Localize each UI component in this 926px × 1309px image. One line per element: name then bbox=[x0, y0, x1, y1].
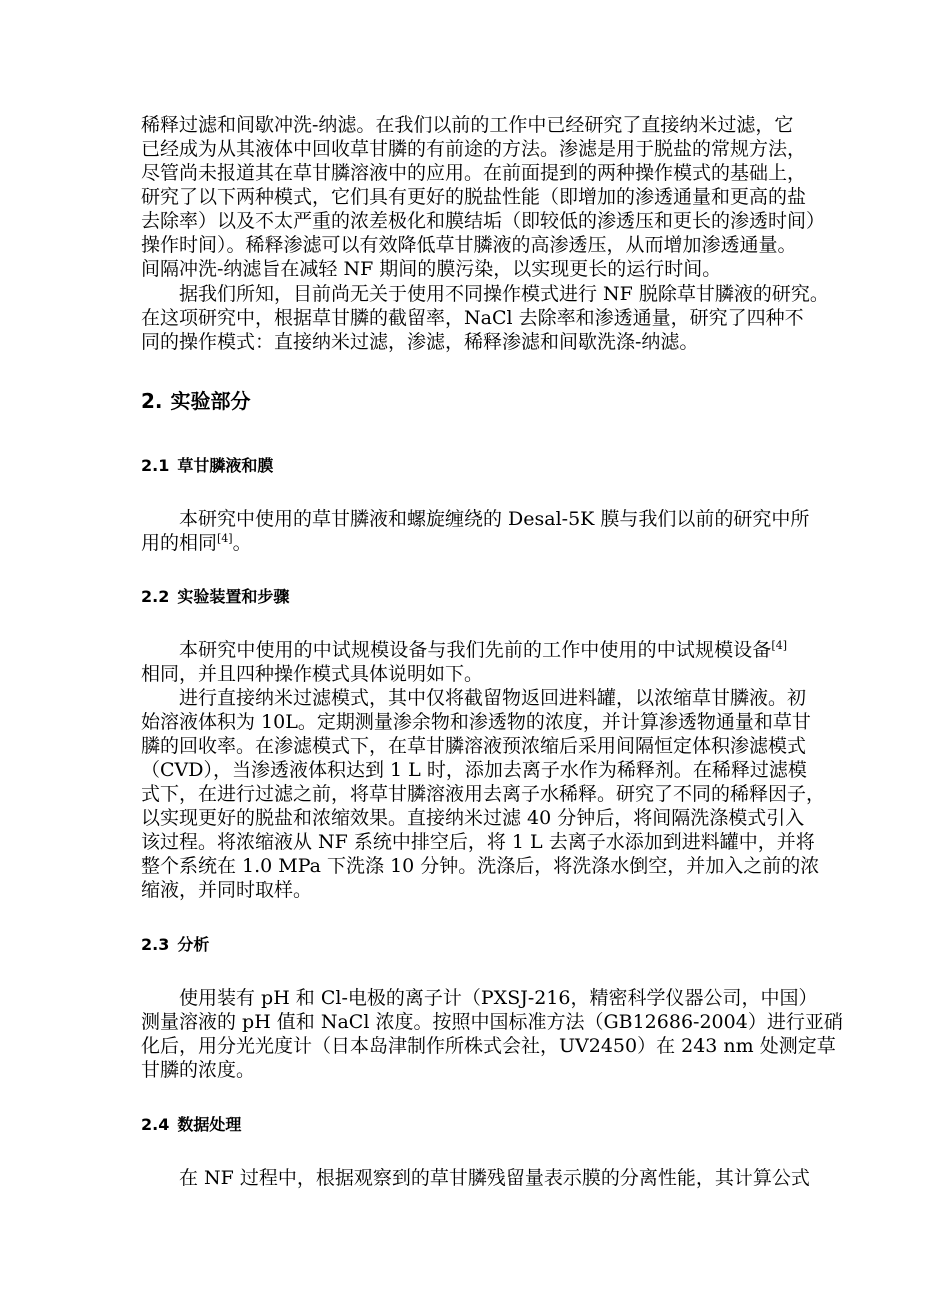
citation: [4] bbox=[217, 532, 233, 545]
text-line: 测量溶液的 pH 值和 NaCl 浓度。按照中国标准方法（GB12686-200… bbox=[141, 1010, 787, 1034]
text-line: 化后，用分光光度计（日本岛津制作所株式会社，UV2450）在 243 nm 处测… bbox=[141, 1034, 787, 1058]
text-fragment: 本研究中使用的中试规模设备与我们先前的工作中使用的中试规模设备 bbox=[179, 639, 771, 661]
subsection-title: 数据处理 bbox=[177, 1115, 241, 1134]
text-line: 缩液，并同时取样。 bbox=[141, 878, 787, 902]
text-line: 操作时间）。稀释渗滤可以有效降低草甘膦液的高渗透压，从而增加渗透通量。 bbox=[141, 233, 787, 257]
text-line: 膦的回收率。在渗滤模式下，在草甘膦溶液预浓缩后采用间隔恒定体积渗滤模式 bbox=[141, 734, 787, 758]
subsection-number: 2.2 bbox=[141, 587, 169, 606]
subsection-heading-2-2: 2.2实验装置和步骤 bbox=[141, 587, 289, 607]
text-line: 始溶液体积为 10L。定期测量渗余物和渗透物的浓度，并计算渗透物通量和草甘 bbox=[141, 710, 787, 734]
text-line: 本研究中使用的草甘膦液和螺旋缠绕的 Desal-5K 膜与我们以前的研究中所 bbox=[179, 507, 787, 531]
subsection-title: 草甘膦液和膜 bbox=[177, 456, 273, 475]
text-fragment: 用的相同 bbox=[141, 532, 217, 554]
subsection-heading-2-1: 2.1草甘膦液和膜 bbox=[141, 456, 273, 476]
text-line: 该过程。将浓缩液从 NF 系统中排空后，将 1 L 去离子水添加到进料罐中，并将 bbox=[141, 830, 787, 854]
subsection-heading-2-3: 2.3分析 bbox=[141, 935, 209, 955]
citation: [4] bbox=[771, 639, 787, 652]
text-line: （CVD），当渗透液体积达到 1 L 时，添加去离子水作为稀释剂。在稀释过滤模 bbox=[141, 758, 787, 782]
section-title: 实验部分 bbox=[171, 389, 251, 413]
document-page: 稀释过滤和间歇冲洗-纳滤。在我们以前的工作中已经研究了直接纳米过滤，它 已经成为… bbox=[0, 0, 926, 1309]
text-line: 式下，在进行过滤之前，将草甘膦溶液用去离子水稀释。研究了不同的稀释因子， bbox=[141, 782, 787, 806]
text-line: 去除率）以及不太严重的浓差极化和膜结垢（即较低的渗透压和更长的渗透时间） bbox=[141, 209, 787, 233]
subsection-title: 分析 bbox=[177, 935, 209, 954]
section-number: 2. bbox=[141, 389, 163, 413]
text-line: 整个系统在 1.0 MPa 下洗涤 10 分钟。洗涤后，将洗涤水倒空，并加入之前… bbox=[141, 854, 787, 878]
text-line: 本研究中使用的中试规模设备与我们先前的工作中使用的中试规模设备[4] bbox=[179, 638, 787, 662]
text-line: 进行直接纳米过滤模式，其中仅将截留物返回进料罐，以浓缩草甘膦液。初 bbox=[179, 686, 787, 710]
subsection-heading-2-4: 2.4数据处理 bbox=[141, 1115, 241, 1135]
text-line: 在 NF 过程中，根据观察到的草甘膦残留量表示膜的分离性能，其计算公式 bbox=[179, 1166, 787, 1190]
subsection-number: 2.4 bbox=[141, 1115, 169, 1134]
text-fragment: 。 bbox=[233, 532, 252, 554]
text-line: 用的相同[4]。 bbox=[141, 531, 787, 555]
text-line: 据我们所知，目前尚无关于使用不同操作模式进行 NF 脱除草甘膦液的研究。 bbox=[179, 282, 787, 306]
text-line: 间隔冲洗-纳滤旨在减轻 NF 期间的膜污染，以实现更长的运行时间。 bbox=[141, 257, 787, 281]
text-line: 使用装有 pH 和 Cl-电极的离子计（PXSJ-216，精密科学仪器公司，中国… bbox=[179, 986, 787, 1010]
text-line: 相同，并且四种操作模式具体说明如下。 bbox=[141, 662, 787, 686]
text-line: 尽管尚未报道其在草甘膦溶液中的应用。在前面提到的两种操作模式的基础上， bbox=[141, 161, 787, 185]
text-line: 以实现更好的脱盐和浓缩效果。直接纳米过滤 40 分钟后，将间隔洗涤模式引入 bbox=[141, 806, 787, 830]
subsection-number: 2.3 bbox=[141, 935, 169, 954]
text-line: 已经成为从其液体中回收草甘膦的有前途的方法。渗滤是用于脱盐的常规方法， bbox=[141, 137, 787, 161]
subsection-number: 2.1 bbox=[141, 456, 169, 475]
text-line: 同的操作模式：直接纳米过滤，渗滤，稀释渗滤和间歇洗涤-纳滤。 bbox=[141, 330, 787, 354]
text-line: 研究了以下两种模式，它们具有更好的脱盐性能（即增加的渗透通量和更高的盐 bbox=[141, 185, 787, 209]
text-line: 在这项研究中，根据草甘膦的截留率，NaCl 去除率和渗透通量，研究了四种不 bbox=[141, 306, 787, 330]
subsection-title: 实验装置和步骤 bbox=[177, 587, 289, 606]
text-line: 稀释过滤和间歇冲洗-纳滤。在我们以前的工作中已经研究了直接纳米过滤，它 bbox=[141, 113, 787, 137]
section-heading: 2.实验部分 bbox=[141, 389, 251, 413]
text-line: 甘膦的浓度。 bbox=[141, 1058, 787, 1082]
